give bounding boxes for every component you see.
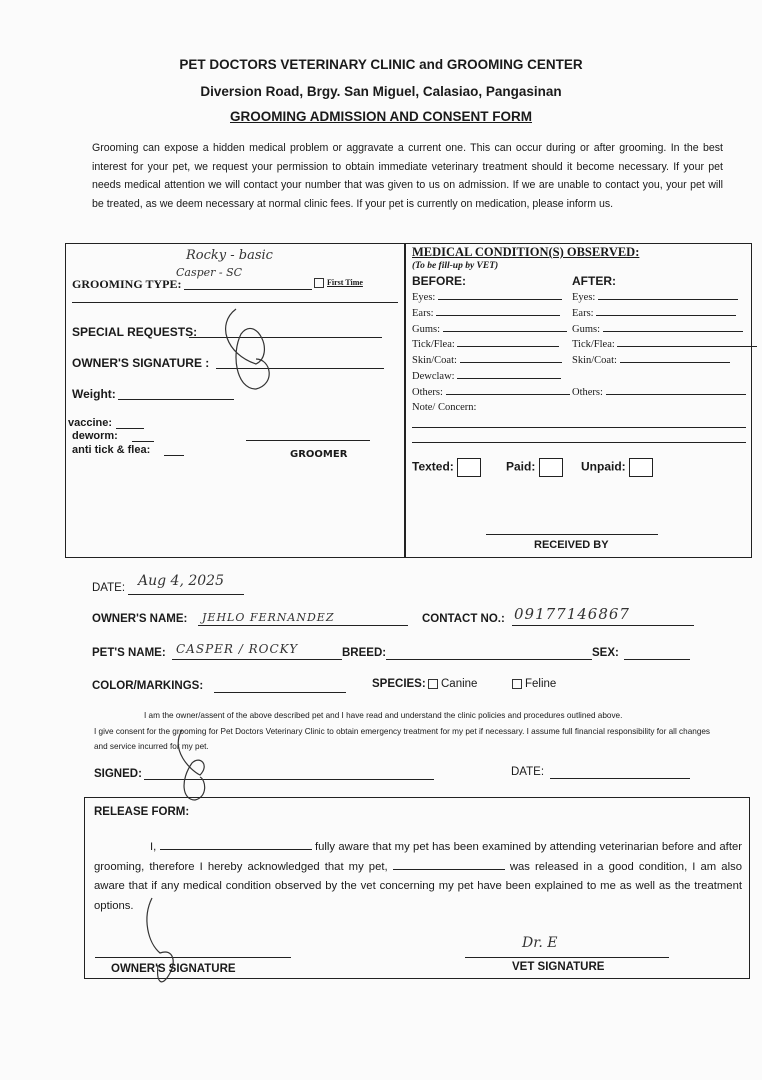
before-row-field[interactable]	[436, 315, 560, 316]
weight-field[interactable]	[118, 399, 234, 400]
paid-checkbox[interactable]	[539, 458, 563, 477]
intro-paragraph: Grooming can expose a hidden medical pro…	[92, 139, 723, 213]
medical-section: MEDICAL CONDITION(S) OBSERVED: (To be fi…	[406, 244, 750, 556]
paid-option[interactable]: Paid:	[506, 458, 563, 477]
owner-name-label: OWNER'S NAME:	[92, 613, 187, 625]
after-row-label: Eyes:	[572, 292, 595, 303]
note-line-1[interactable]	[412, 427, 746, 428]
unpaid-label: Unpaid:	[581, 460, 626, 474]
form-title: GROOMING ADMISSION AND CONSENT FORM	[0, 109, 762, 124]
paid-label: Paid:	[506, 460, 535, 474]
before-row[interactable]: Ears:	[412, 308, 560, 319]
before-row[interactable]: Tick/Flea:	[412, 339, 559, 350]
signed-label: SIGNED:	[94, 768, 142, 780]
texted-option[interactable]: Texted:	[412, 458, 481, 477]
before-row-label: Others:	[412, 387, 443, 398]
breed-label: BREED:	[342, 647, 386, 659]
vet-signature-value: Dr. E	[522, 935, 558, 951]
texted-label: Texted:	[412, 460, 454, 474]
release-owner-signature-label: OWNER'S SIGNATURE	[111, 963, 236, 975]
grooming-type-field[interactable]	[184, 289, 312, 290]
after-row-field[interactable]	[596, 315, 736, 316]
grooming-section: Rocky - basic Casper - SC GROOMING TYPE:…	[66, 244, 404, 556]
pet-name-value: CASPER / ROCKY	[176, 642, 298, 656]
unpaid-checkbox[interactable]	[629, 458, 653, 477]
after-row-label: Others:	[572, 387, 603, 398]
after-row-field[interactable]	[603, 331, 743, 332]
before-row-field[interactable]	[446, 394, 570, 395]
after-row[interactable]: Tick/Flea:	[572, 339, 757, 350]
contact-value: 09177146867	[514, 605, 630, 623]
before-row-field[interactable]	[457, 346, 559, 347]
release-owner-signature-field[interactable]	[95, 957, 291, 958]
weight-label: Weight:	[72, 387, 116, 401]
medical-title: MEDICAL CONDITION(S) OBSERVED:	[412, 245, 639, 260]
contact-label: CONTACT NO.:	[422, 613, 505, 625]
canine-checkbox[interactable]	[428, 679, 438, 689]
special-requests-label: SPECIAL REQUESTS:	[72, 325, 197, 339]
after-row-label: Ears:	[572, 308, 594, 319]
note-concern-label: Note/ Concern:	[412, 402, 476, 413]
received-by-field[interactable]	[486, 534, 658, 535]
before-row-field[interactable]	[460, 362, 562, 363]
pet-name-field[interactable]	[172, 659, 342, 660]
before-row[interactable]: Gums:	[412, 324, 567, 335]
before-row-label: Dewclaw:	[412, 371, 455, 382]
grooming-type-handwritten-1: Rocky - basic	[186, 248, 273, 263]
canine-label: Canine	[441, 678, 477, 690]
first-time-label: First Time	[327, 278, 363, 287]
after-row[interactable]: Eyes:	[572, 292, 738, 303]
species-canine-option[interactable]: Canine	[428, 678, 477, 690]
received-by-label: RECEIVED BY	[534, 539, 609, 551]
form-title-text: GROOMING ADMISSION AND CONSENT FORM	[230, 109, 532, 124]
owner-info-section: DATE: Aug 4, 2025 OWNER'S NAME: JEHLO FE…	[92, 570, 712, 700]
before-row-label: Skin/Coat:	[412, 355, 457, 366]
sex-field[interactable]	[624, 659, 690, 660]
color-markings-label: COLOR/MARKINGS:	[92, 680, 203, 692]
release-paragraph: I, fully aware that my pet has been exam…	[94, 838, 742, 916]
consent-signature-scribble	[170, 725, 220, 805]
before-row-label: Eyes:	[412, 292, 435, 303]
vet-signature-label: VET SIGNATURE	[512, 961, 604, 973]
feline-label: Feline	[525, 678, 556, 690]
release-pet-name-field[interactable]	[393, 869, 505, 870]
deworm-field[interactable]	[132, 441, 154, 442]
before-row-label: Tick/Flea:	[412, 339, 455, 350]
groomer-label: GROOMER	[290, 449, 347, 460]
before-row-field[interactable]	[457, 378, 561, 379]
contact-field[interactable]	[512, 625, 694, 626]
breed-field[interactable]	[386, 659, 592, 660]
before-row[interactable]: Others:	[412, 387, 570, 398]
before-row-label: Gums:	[412, 324, 440, 335]
after-row[interactable]: Ears:	[572, 308, 736, 319]
species-label: SPECIES:	[372, 678, 426, 690]
after-row-label: Tick/Flea:	[572, 339, 615, 350]
first-time-option[interactable]: First Time	[314, 278, 363, 288]
date-field[interactable]	[128, 594, 244, 595]
before-row[interactable]: Skin/Coat:	[412, 355, 562, 366]
release-text-1: I,	[94, 841, 156, 853]
owner-signature-scribble	[216, 304, 286, 394]
owner-signature-label: OWNER'S SIGNATURE :	[72, 356, 209, 370]
date-label: DATE:	[92, 582, 125, 594]
pet-name-label: PET'S NAME:	[92, 647, 166, 659]
after-row[interactable]: Others:	[572, 387, 746, 398]
consent-date-field[interactable]	[550, 778, 690, 779]
release-form-title: RELEASE FORM:	[94, 806, 189, 818]
anti-tick-flea-label: anti tick & flea:	[72, 444, 150, 456]
owner-name-field[interactable]	[198, 625, 408, 626]
note-line-2[interactable]	[412, 442, 746, 443]
before-heading: BEFORE:	[412, 274, 466, 288]
vaccine-label: vaccine:	[68, 417, 112, 429]
sex-label: SEX:	[592, 647, 619, 659]
before-row-field[interactable]	[443, 331, 567, 332]
after-row-label: Skin/Coat:	[572, 355, 617, 366]
date-value: Aug 4, 2025	[138, 573, 224, 589]
species-feline-option[interactable]: Feline	[512, 678, 556, 690]
first-time-checkbox[interactable]	[314, 278, 324, 288]
after-heading: AFTER:	[572, 274, 616, 288]
unpaid-option[interactable]: Unpaid:	[581, 458, 653, 477]
after-row[interactable]: Skin/Coat:	[572, 355, 730, 366]
deworm-label: deworm:	[72, 430, 118, 442]
medical-subtitle: (To be fill-up by VET)	[412, 261, 498, 271]
release-owner-signature-scribble	[140, 893, 190, 993]
before-row-label: Ears:	[412, 308, 434, 319]
release-owner-name-field[interactable]	[160, 849, 312, 850]
before-row-field[interactable]	[438, 299, 562, 300]
after-row[interactable]: Gums:	[572, 324, 743, 335]
texted-checkbox[interactable]	[457, 458, 481, 477]
after-row-field[interactable]	[598, 299, 738, 300]
groomer-signature-field[interactable]	[246, 440, 370, 441]
clinic-address: Diversion Road, Brgy. San Miguel, Calasi…	[0, 84, 762, 99]
after-row-field[interactable]	[617, 346, 757, 347]
after-row-label: Gums:	[572, 324, 600, 335]
clinic-name: PET DOCTORS VETERINARY CLINIC and GROOMI…	[0, 57, 762, 72]
consent-date-label: DATE:	[511, 766, 544, 778]
before-row[interactable]: Eyes:	[412, 292, 562, 303]
after-row-field[interactable]	[620, 362, 730, 363]
owner-name-value: JEHLO FERNANDEZ	[202, 611, 334, 624]
before-row[interactable]: Dewclaw:	[412, 371, 561, 382]
anti-tick-flea-field[interactable]	[164, 455, 184, 456]
grooming-type-label: GROOMING TYPE:	[72, 277, 181, 292]
feline-checkbox[interactable]	[512, 679, 522, 689]
grooming-type-handwritten-2: Casper - SC	[176, 266, 242, 279]
vet-signature-field[interactable]	[465, 957, 669, 958]
vaccine-field[interactable]	[116, 428, 144, 429]
grooming-extra-line[interactable]	[72, 302, 398, 303]
color-markings-field[interactable]	[214, 692, 346, 693]
consent-line-1: I am the owner/assent of the above descr…	[94, 708, 724, 724]
after-row-field[interactable]	[606, 394, 746, 395]
